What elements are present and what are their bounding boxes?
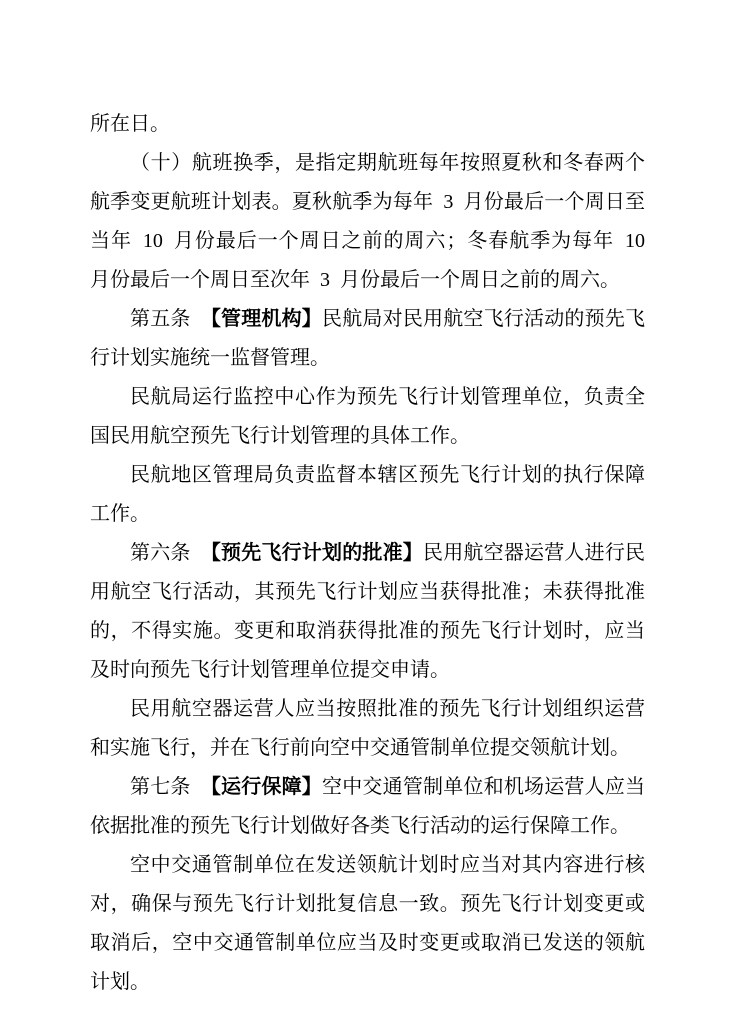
paragraph-operations-monitoring-center: 民航局运行监控中心作为预先飞行计划管理单位，负责全国民用航空预先飞行计划管理的具… [90, 378, 645, 456]
paragraph-text: 民航地区管理局负责监督本辖区预先飞行计划的执行保障工作。 [90, 464, 645, 525]
paragraph-definition-flight-season-change: （十）航班换季，是指定期航班每年按照夏秋和冬春两个航季变更航班计划表。夏秋航季为… [90, 144, 645, 300]
paragraph-article-5-management-body: 第五条 【管理机构】民航局对民用航空飞行活动的预先飞行计划实施统一监督管理。 [90, 300, 645, 378]
article-number: 第六条 [130, 542, 201, 564]
paragraph-text: （十）航班换季，是指定期航班每年按照夏秋和冬春两个航季变更航班计划表。夏秋航季为… [90, 152, 645, 291]
article-title: 【管理机构】 [201, 308, 322, 330]
paragraph-article-7-operation-support: 第七条 【运行保障】空中交通管制单位和机场运营人应当依据批准的预先飞行计划做好各… [90, 768, 645, 846]
paragraph-sentence-end: 所在日。 [90, 105, 645, 144]
paragraph-regional-administration: 民航地区管理局负责监督本辖区预先飞行计划的执行保障工作。 [90, 456, 645, 534]
paragraph-text: 空中交通管制单位在发送领航计划时应当对其内容进行核对，确保与预先飞行计划批复信息… [90, 854, 645, 993]
paragraph-text: 民航局运行监控中心作为预先飞行计划管理单位，负责全国民用航空预先飞行计划管理的具… [90, 386, 645, 447]
paragraph-atc-verification: 空中交通管制单位在发送领航计划时应当对其内容进行核对，确保与预先飞行计划批复信息… [90, 846, 645, 1002]
paragraph-article-6-approval: 第六条 【预先飞行计划的批准】民用航空器运营人进行民用航空飞行活动，其预先飞行计… [90, 534, 645, 690]
article-number: 第五条 [130, 308, 201, 330]
paragraph-text: 所在日。 [90, 113, 170, 135]
article-title: 【预先飞行计划的批准】 [201, 542, 423, 564]
article-title: 【运行保障】 [201, 776, 322, 798]
document-page: 所在日。 （十）航班换季，是指定期航班每年按照夏秋和冬春两个航季变更航班计划表。… [0, 0, 749, 1023]
article-number: 第七条 [130, 776, 201, 798]
paragraph-operator-obligations: 民用航空器运营人应当按照批准的预先飞行计划组织运营和实施飞行，并在飞行前向空中交… [90, 690, 645, 768]
paragraph-text: 民用航空器运营人应当按照批准的预先飞行计划组织运营和实施飞行，并在飞行前向空中交… [90, 698, 645, 759]
